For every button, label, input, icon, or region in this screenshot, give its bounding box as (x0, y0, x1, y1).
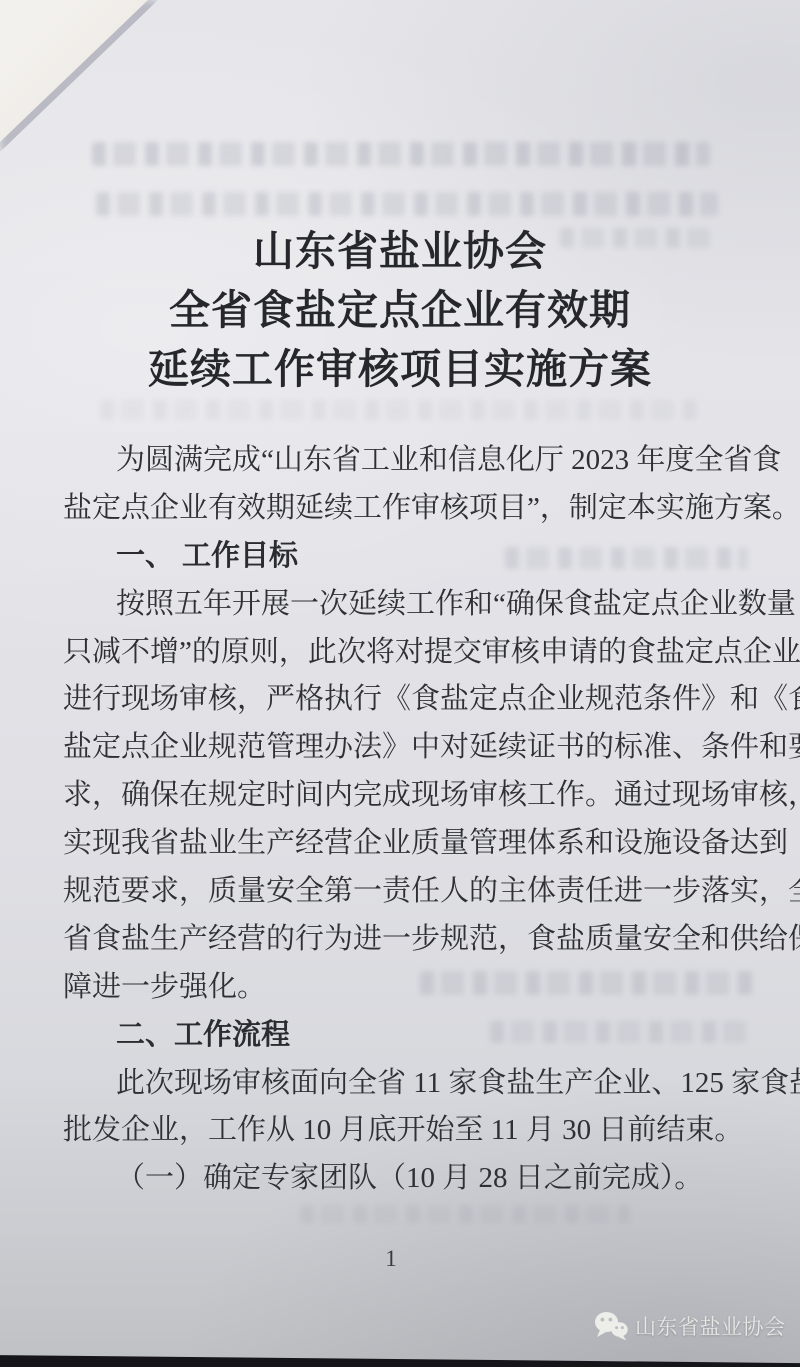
section-heading: 一、 工作目标 (63, 533, 739, 581)
title-line: 山东省盐业协会 (0, 222, 800, 281)
body-line: 盐定点企业有效期延续工作审核项目”，制定本实施方案。 (63, 485, 739, 533)
bleed-through-band (100, 400, 700, 420)
section-heading: 二、工作流程 (63, 1012, 739, 1060)
body-line: 障进一步强化。 (63, 964, 739, 1012)
bleed-through-band (92, 142, 710, 166)
body-line: 实现我省盐业生产经营企业质量管理体系和设施设备达到 (63, 820, 739, 868)
table-edge (0, 1353, 800, 1367)
document-body: 为圆满完成“山东省工业和信息化厅 2023 年度全省食 盐定点企业有效期延续工作… (63, 437, 739, 1203)
body-line: 求，确保在规定时间内完成现场审核工作。通过现场审核， (63, 772, 739, 820)
body-line: 只减不增”的原则，此次将对提交审核申请的食盐定点企业 (63, 629, 739, 677)
bleed-through-band (300, 1205, 630, 1223)
body-line: 进行现场审核，严格执行《食盐定点企业规范条件》和《食 (63, 676, 739, 724)
body-line: 为圆满完成“山东省工业和信息化厅 2023 年度全省食 (63, 437, 739, 485)
watermark: 山东省盐业协会 (594, 1311, 786, 1341)
title-line: 全省食盐定点企业有效期 (0, 281, 800, 340)
body-line: 此次现场审核面向全省 11 家食盐生产企业、125 家食盐 (63, 1060, 739, 1108)
body-line: 盐定点企业规范管理办法》中对延续证书的标准、条件和要 (63, 724, 739, 772)
bleed-through-band (96, 192, 718, 216)
title-line: 延续工作审核项目实施方案 (0, 340, 800, 399)
body-line: 规范要求，质量安全第一责任人的主体责任进一步落实，全 (63, 868, 739, 916)
body-line: （一）确定专家团队（10 月 28 日之前完成）。 (63, 1155, 739, 1203)
page-number: 1 (0, 1246, 782, 1272)
document-title: 山东省盐业协会 全省食盐定点企业有效期 延续工作审核项目实施方案 (0, 222, 800, 399)
document-photo: 山东省盐业协会 全省食盐定点企业有效期 延续工作审核项目实施方案 为圆满完成“山… (0, 0, 800, 1367)
body-line: 按照五年开展一次延续工作和“确保食盐定点企业数量 (63, 581, 739, 629)
body-line: 省食盐生产经营的行为进一步规范，食盐质量安全和供给保 (63, 916, 739, 964)
watermark-label: 山东省盐业协会 (635, 1311, 786, 1341)
wechat-icon (594, 1311, 628, 1341)
body-line: 批发企业，工作从 10 月底开始至 11 月 30 日前结束。 (63, 1107, 739, 1155)
